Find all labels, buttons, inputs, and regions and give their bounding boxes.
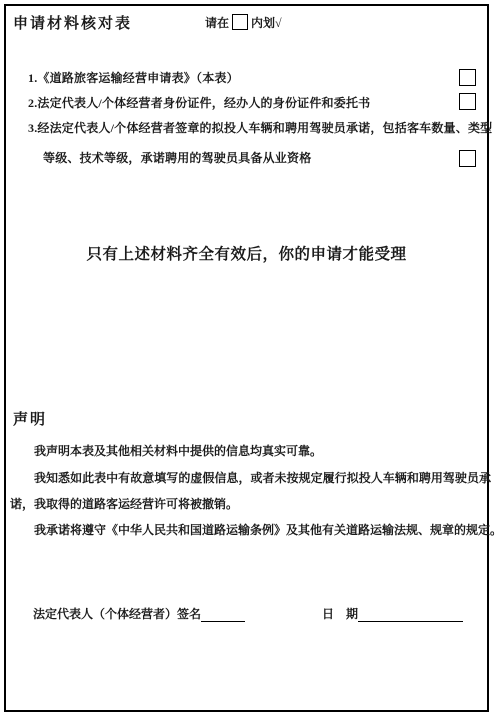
item-number: 2. (28, 96, 37, 110)
item-number: 1. (28, 71, 37, 85)
page-border: 申请材料核对表 请在内划√ 1.《道路旅客运输经营申请表》（本表） 2.法定代表… (4, 4, 489, 712)
checkbox-hint: 请在内划√ (205, 14, 282, 31)
item-number: 3. (28, 121, 37, 135)
item-text: 经法定代表人/个体经营者签章的拟投人车辆和聘用驾驶员承诺，包括客车数量、类型 (37, 121, 492, 135)
signature-date-line[interactable] (358, 608, 463, 622)
notice-text: 只有上述材料齐全有效后，你的申请才能受理 (6, 242, 487, 264)
item-text: 等级、技术等级，承诺聘用的驾驶员具备从业资格 (43, 151, 311, 165)
checklist-item-1: 1.《道路旅客运输经营申请表》（本表） (28, 69, 239, 86)
signature-name-group: 法定代表人（个体经营者）签名 (33, 605, 245, 622)
signature-name-line[interactable] (201, 608, 245, 622)
empty-checkbox-icon (232, 14, 248, 30)
checklist-item-3: 3.经法定代表人/个体经营者签章的拟投人车辆和聘用驾驶员承诺，包括客车数量、类型 (28, 119, 492, 136)
checkbox-item-1[interactable] (459, 69, 476, 86)
checklist-item-3-line2: 等级、技术等级，承诺聘用的驾驶员具备从业资格 (43, 149, 311, 166)
signature-name-label: 法定代表人（个体经营者）签名 (33, 607, 201, 621)
declaration-paragraph-2: 我知悉如此表中有故意填写的虚假信息，或者未按规定履行拟投人车辆和聘用驾驶员承诺，… (10, 465, 491, 517)
checkbox-item-3[interactable] (459, 150, 476, 167)
page-title: 申请材料核对表 (13, 12, 132, 33)
item-text: 《道路旅客运输经营申请表》（本表） (37, 71, 238, 85)
hint-suffix: 内划√ (251, 16, 282, 30)
declaration-paragraph-3: 我承诺将遵守《中华人民共和国道路运输条例》及其他有关道路运输法规、规章的规定。 (10, 517, 491, 543)
checklist-item-2: 2.法定代表人/个体经营者身份证件，经办人的身份证件和委托书 (28, 94, 370, 111)
signature-date-group: 日 期 (322, 605, 463, 622)
item-text: 法定代表人/个体经营者身份证件，经办人的身份证件和委托书 (37, 96, 370, 110)
declaration-paragraph-1: 我声明本表及其他相关材料中提供的信息均真实可靠。 (10, 438, 491, 464)
hint-prefix: 请在 (205, 16, 229, 30)
signature-date-label: 日 期 (322, 607, 358, 621)
document-page: 申请材料核对表 请在内划√ 1.《道路旅客运输经营申请表》（本表） 2.法定代表… (0, 0, 497, 728)
checkbox-item-2[interactable] (459, 93, 476, 110)
declaration-heading: 声明 (13, 408, 47, 429)
